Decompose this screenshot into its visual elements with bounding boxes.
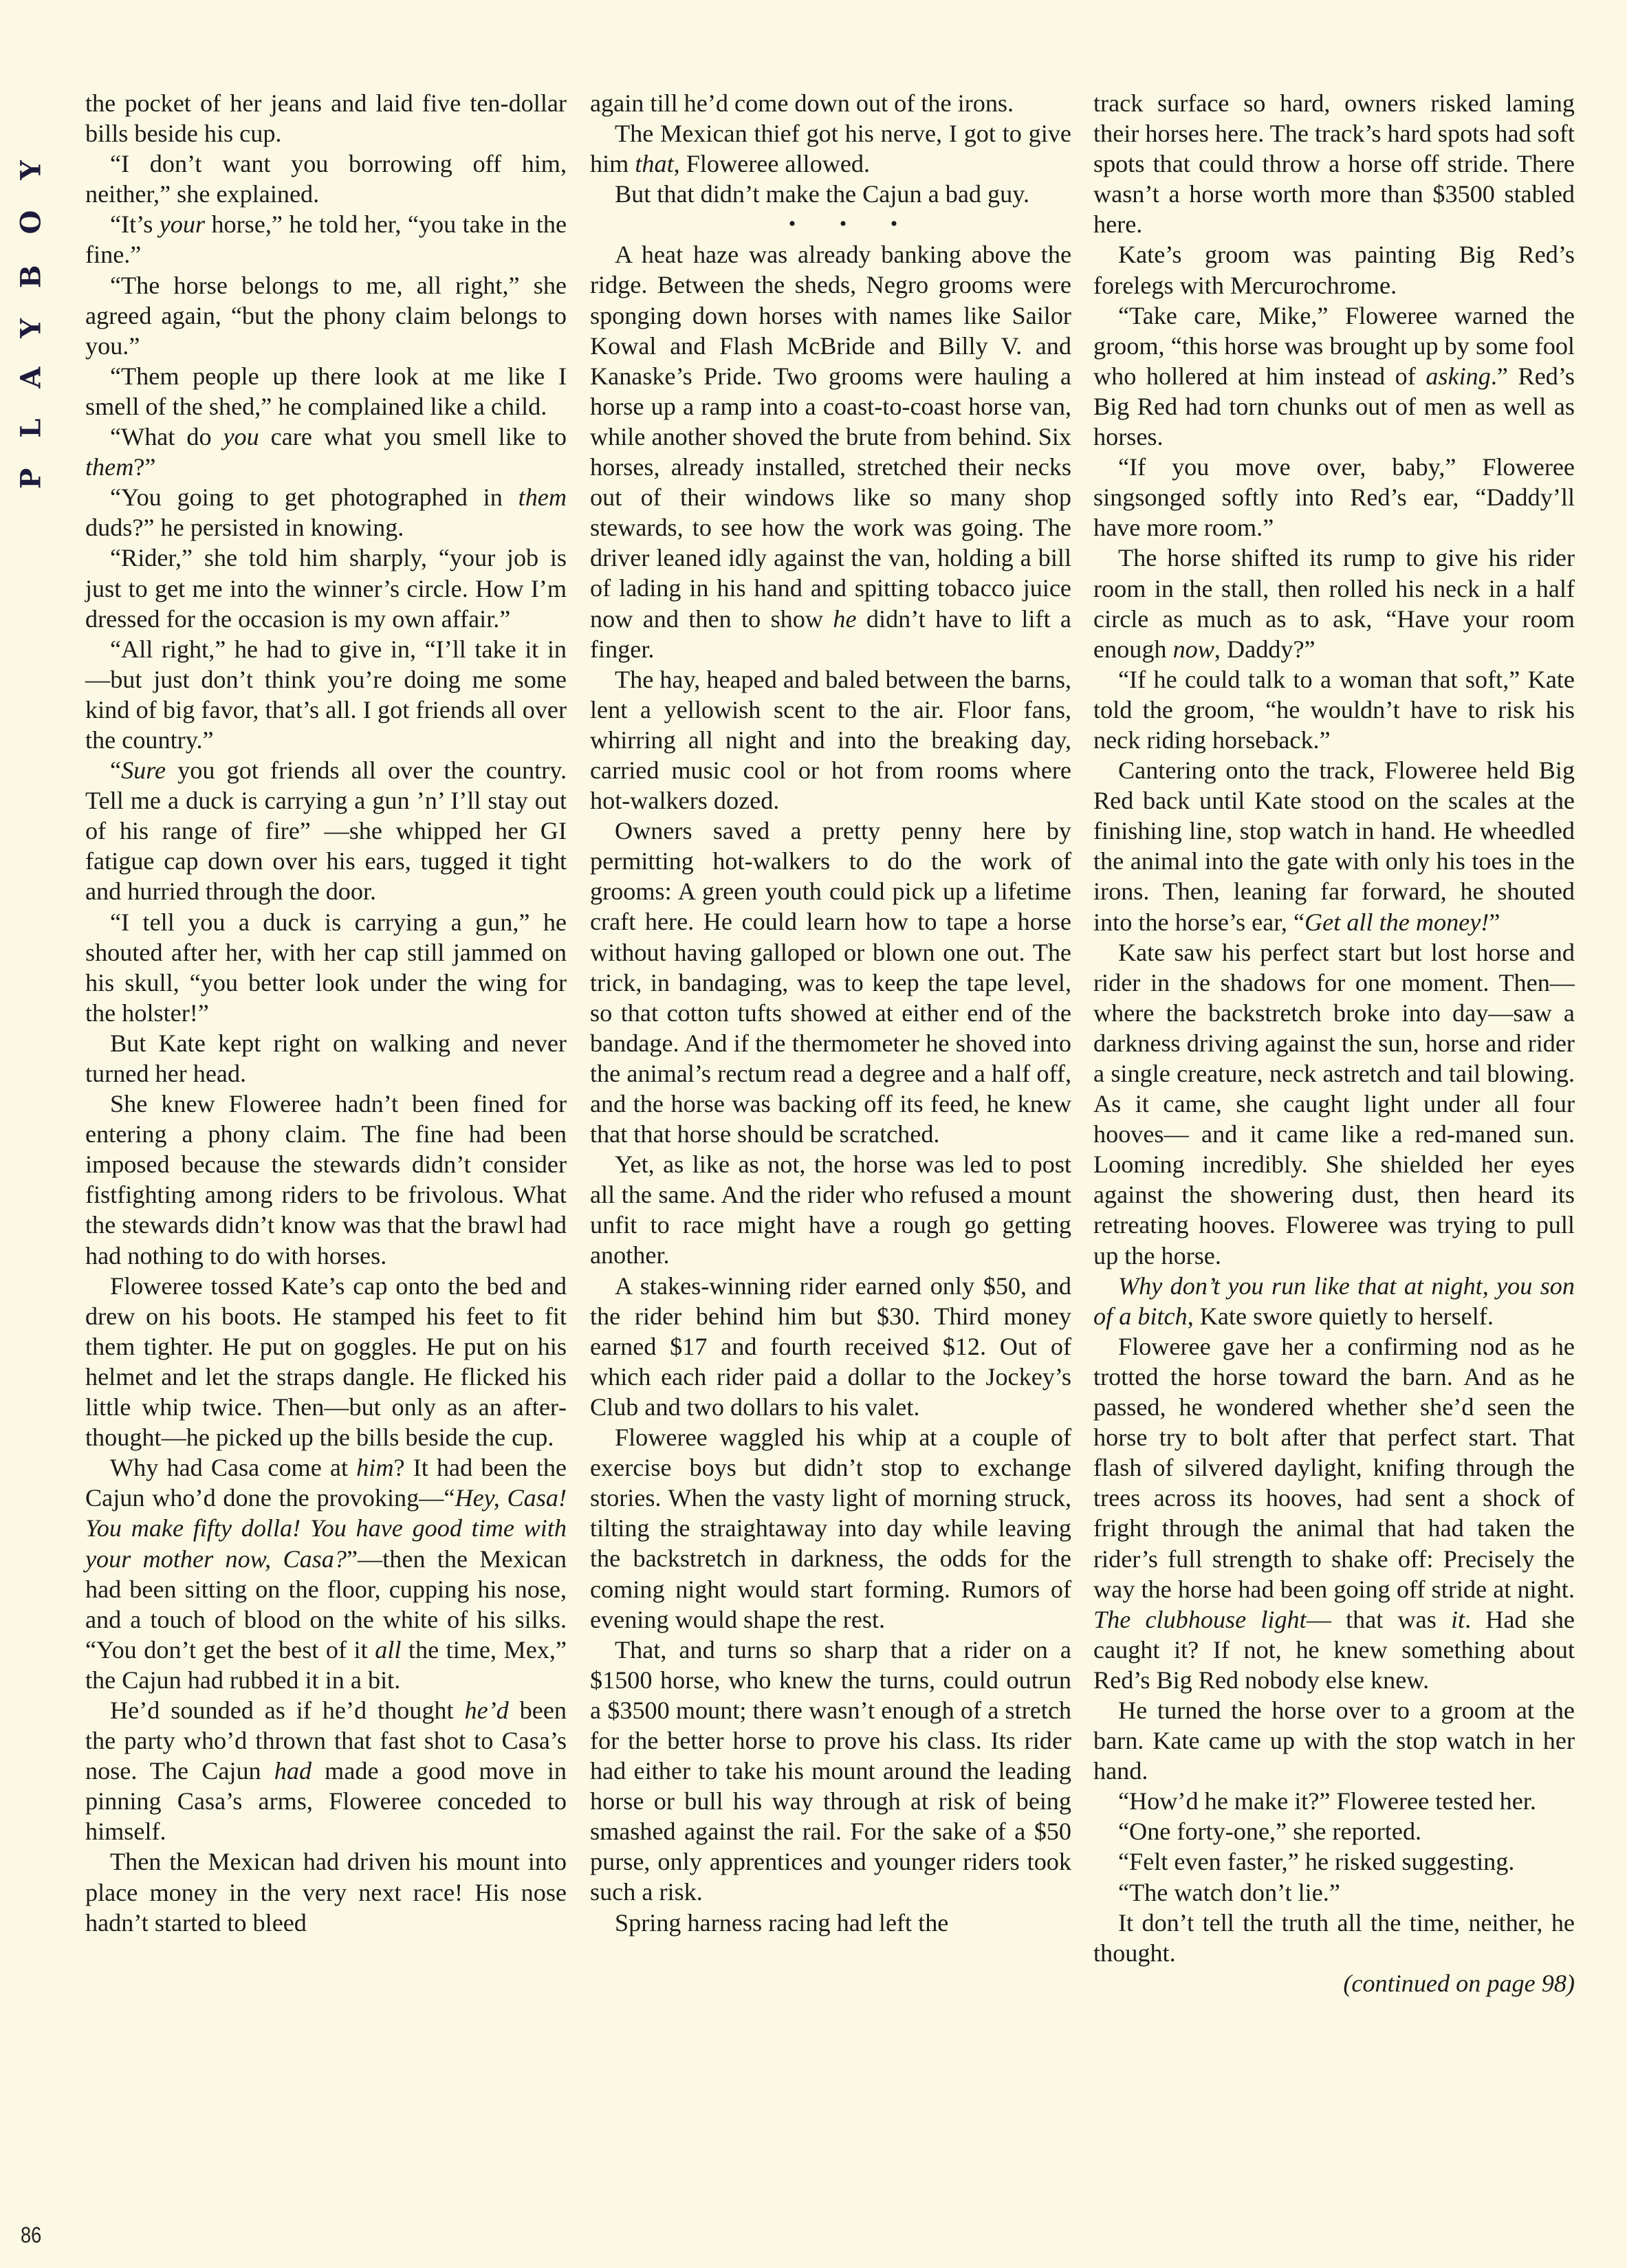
paragraph: “The watch don’t lie.” xyxy=(1093,1877,1575,1908)
emphasis: he’d xyxy=(464,1697,508,1724)
paragraph: The horse shifted its rump to give his r… xyxy=(1093,543,1575,664)
page-number: 86 xyxy=(21,2223,41,2248)
text-column-3: track surface so hard, owners risked lam… xyxy=(1093,88,1575,1998)
paragraph: Floweree gave her a confirming nod as he… xyxy=(1093,1331,1575,1695)
emphasis: all xyxy=(375,1636,401,1664)
paragraph: It don’t tell the truth all the time, ne… xyxy=(1093,1908,1575,1968)
paragraph: “The horse belongs to me, all right,” sh… xyxy=(85,270,567,361)
paragraph: The hay, heaped and baled between the ba… xyxy=(590,664,1071,816)
paragraph: the pocket of her jeans and laid five te… xyxy=(85,88,567,149)
emphasis: your xyxy=(160,210,205,238)
masthead-logo-text: PLAYBOY xyxy=(15,130,47,489)
magazine-page: PLAYBOY the pocket of her jeans and laid… xyxy=(0,0,1627,2268)
paragraph: “Them people up there look at me like I … xyxy=(85,361,567,422)
emphasis: them xyxy=(85,453,133,481)
paragraph: Owners saved a pretty penny here by perm… xyxy=(590,816,1071,1149)
emphasis: Get all the money! xyxy=(1304,908,1489,936)
emphasis: him xyxy=(356,1454,393,1481)
emphasis: you xyxy=(223,423,259,450)
paragraph: Then the Mexican had driven his mount in… xyxy=(85,1846,567,1937)
paragraph: Floweree waggled his whip at a couple of… xyxy=(590,1422,1071,1635)
paragraph: “I tell you a duck is carrying a gun,” h… xyxy=(85,907,567,1028)
paragraph: He’d sounded as if he’d thought he’d bee… xyxy=(85,1695,567,1846)
paragraph: Why had Casa come at him? It had been th… xyxy=(85,1452,567,1695)
paragraph: Kate’s groom was painting Big Red’s fore… xyxy=(1093,239,1575,300)
paragraph: “If he could talk to a woman that soft,”… xyxy=(1093,664,1575,755)
paragraph: But Kate kept right on walking and never… xyxy=(85,1028,567,1089)
paragraph: “If you move over, baby,” Floweree sings… xyxy=(1093,452,1575,543)
emphasis: Hey, Casa! You make fifty dol­la! You ha… xyxy=(85,1484,567,1572)
paragraph: Why don’t you run like that at night, yo… xyxy=(1093,1271,1575,1331)
emphasis: Why don’t you run like that at night, yo… xyxy=(1093,1272,1575,1330)
paragraph: “What do you care what you smell like to… xyxy=(85,422,567,482)
emphasis: them xyxy=(518,483,567,511)
text-column-1: the pocket of her jeans and laid five te… xyxy=(85,88,567,1938)
paragraph: But that didn’t make the Cajun a bad guy… xyxy=(590,179,1071,209)
text-column-2: again till he’d come down out of the iro… xyxy=(590,88,1071,1938)
continued-note: (continued on page 98) xyxy=(1093,1968,1575,1998)
paragraph: “It’s your horse,” he told her, “you tak… xyxy=(85,209,567,270)
paragraph: She knew Floweree hadn’t been fined for … xyxy=(85,1089,567,1271)
paragraph: Floweree tossed Kate’s cap onto the bed … xyxy=(85,1271,567,1453)
paragraph: Spring harness racing had left the xyxy=(590,1908,1071,1938)
paragraph: “Felt even faster,” he risked suggest­in… xyxy=(1093,1846,1575,1877)
masthead-vertical: PLAYBOY xyxy=(0,96,62,523)
paragraph: The Mexican thief got his nerve, I got t… xyxy=(590,118,1071,179)
paragraph: “One forty-one,” she reported. xyxy=(1093,1816,1575,1846)
paragraph: track surface so hard, owners risked lam… xyxy=(1093,88,1575,239)
section-separator: • • • xyxy=(590,209,1071,239)
emphasis: asking xyxy=(1426,362,1490,390)
emphasis: that xyxy=(635,150,673,177)
emphasis: had xyxy=(274,1757,312,1785)
paragraph: A heat haze was already banking above th… xyxy=(590,239,1071,664)
paragraph: Kate saw his perfect start but lost hors… xyxy=(1093,937,1575,1271)
paragraph: Cantering onto the track, Floweree held … xyxy=(1093,755,1575,937)
paragraph: “You going to get photographed in them d… xyxy=(85,482,567,543)
paragraph: “Rider,” she told him sharply, “your job… xyxy=(85,543,567,633)
paragraph: He turned the horse over to a groom at t… xyxy=(1093,1695,1575,1786)
paragraph: “How’d he make it?” Floweree tested her. xyxy=(1093,1786,1575,1816)
paragraph: Yet, as like as not, the horse was led t… xyxy=(590,1149,1071,1270)
paragraph: “I don’t want you borrowing off him, nei… xyxy=(85,149,567,209)
paragraph: “Take care, Mike,” Floweree warned the g… xyxy=(1093,301,1575,452)
paragraph: again till he’d come down out of the iro… xyxy=(590,88,1071,118)
paragraph: That, and turns so sharp that a rider on… xyxy=(590,1635,1071,1908)
emphasis: The clubhouse light xyxy=(1093,1606,1307,1633)
paragraph: “Sure you got friends all over the count… xyxy=(85,755,567,906)
emphasis: Sure xyxy=(121,756,166,784)
emphasis: now xyxy=(1173,635,1214,663)
paragraph: “All right,” he had to give in, “I’ll ta… xyxy=(85,634,567,755)
emphasis: he xyxy=(833,605,856,633)
paragraph: A stakes-winning rider earned only $50, … xyxy=(590,1271,1071,1422)
emphasis: it xyxy=(1451,1606,1465,1633)
